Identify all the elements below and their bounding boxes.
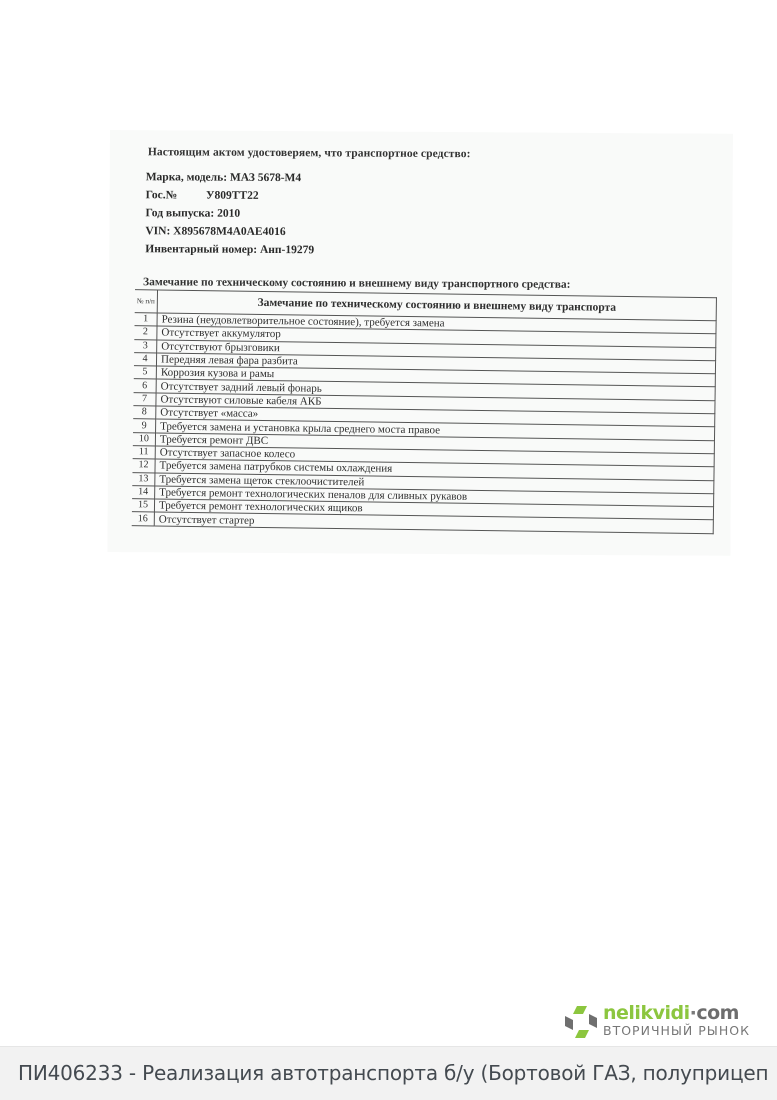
row-number: 9 xyxy=(133,419,156,433)
scanned-document[interactable]: Настоящим актом удостоверяем, что трансп… xyxy=(107,130,733,556)
vehicle-fields: Марка, модель: МАЗ 5678-М4 Гос.№ У809ТТ2… xyxy=(145,168,314,259)
row-number: 1 xyxy=(135,313,158,327)
field-model: Марка, модель: МАЗ 5678-М4 xyxy=(146,168,315,187)
row-number: 4 xyxy=(134,353,157,367)
header-number: № п/п xyxy=(135,290,158,313)
image-viewer: Настоящим актом удостоверяем, что трансп… xyxy=(0,0,777,1046)
logo-wordmark: nelikvidi·com xyxy=(603,1002,739,1024)
field-plate: Гос.№ У809ТТ22 xyxy=(146,186,315,205)
row-number: 11 xyxy=(133,446,156,460)
row-number: 16 xyxy=(132,512,155,526)
document-intro: Настоящим актом удостоверяем, что трансп… xyxy=(148,146,471,160)
nelikvidi-logo[interactable]: nelikvidi·com ВТОРИЧНЫЙ РЫНОК xyxy=(563,1002,763,1042)
row-number: 10 xyxy=(133,432,156,446)
remarks-section-title: Замечание по техническому состоянию и вн… xyxy=(143,276,571,291)
row-number: 5 xyxy=(134,366,157,380)
logo-tagline: ВТОРИЧНЫЙ РЫНОК xyxy=(603,1023,750,1038)
row-number: 7 xyxy=(133,392,156,406)
row-number: 6 xyxy=(134,379,157,393)
row-number: 12 xyxy=(132,459,155,473)
row-number: 3 xyxy=(134,339,157,353)
nelikvidi-logo-icon xyxy=(563,1004,599,1040)
row-number: 2 xyxy=(134,326,157,340)
field-year: Год выпуска: 2010 xyxy=(145,204,314,223)
listing-title: ПИ406233 - Реализация автотранспорта б/у… xyxy=(18,1061,768,1085)
field-vin: VIN: X895678M4A0AE4016 xyxy=(145,222,314,241)
row-number: 15 xyxy=(132,499,155,513)
caption-bar: ПИ406233 - Реализация автотранспорта б/у… xyxy=(0,1046,777,1100)
remarks-table: № п/п Замечание по техническому состояни… xyxy=(132,289,717,534)
row-number: 8 xyxy=(133,406,156,420)
row-number: 14 xyxy=(132,485,155,499)
field-inventory: Инвентарный номер: Анп-19279 xyxy=(145,240,314,259)
row-number: 13 xyxy=(132,472,155,486)
